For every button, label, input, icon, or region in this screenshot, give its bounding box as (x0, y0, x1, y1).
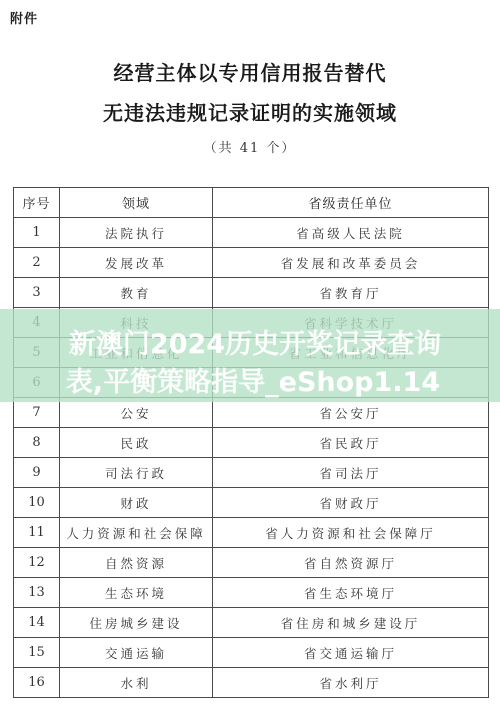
domain-table: 序号 领域 省级责任单位 1 法院执行 省高级人民法院 2 发展改革 省发展和改… (13, 187, 489, 698)
row-number: 12 (14, 548, 60, 578)
row-unit: 省交通运输厅 (213, 638, 489, 668)
row-number: 3 (14, 278, 60, 308)
overlay-headline-line-2: 表,平衡策略指导_eShop1.14 (3, 360, 500, 399)
row-unit: 省自然资源厅 (213, 548, 489, 578)
row-domain: 司法行政 (60, 458, 213, 488)
column-header-unit: 省级责任单位 (213, 188, 489, 218)
table-row: 7 公安 省公安厅 (14, 398, 489, 428)
row-number: 10 (14, 488, 60, 518)
attachment-label: 附件 (10, 8, 38, 27)
table-row: 14 住房城乡建设 省住房和城乡建设厅 (14, 608, 489, 638)
table-row: 2 发展改革 省发展和改革委员会 (14, 248, 489, 278)
table-header-row: 序号 领域 省级责任单位 (14, 188, 489, 218)
document-title-line-2: 无违法违规记录证明的实施领域 (0, 97, 500, 126)
table-row: 12 自然资源 省自然资源厅 (14, 548, 489, 578)
row-domain: 人力资源和社会保障 (60, 518, 213, 548)
row-number: 8 (14, 428, 60, 458)
row-unit: 省生态环境厅 (213, 578, 489, 608)
table-row: 16 水利 省水利厅 (14, 668, 489, 698)
row-domain: 自然资源 (60, 548, 213, 578)
row-number: 11 (14, 518, 60, 548)
row-number: 2 (14, 248, 60, 278)
row-number: 9 (14, 458, 60, 488)
row-unit: 省财政厅 (213, 488, 489, 518)
row-domain: 住房城乡建设 (60, 608, 213, 638)
row-domain: 水利 (60, 668, 213, 698)
row-domain: 公安 (60, 398, 213, 428)
table-row: 11 人力资源和社会保障 省人力资源和社会保障厅 (14, 518, 489, 548)
row-unit: 省教育厅 (213, 278, 489, 308)
row-number: 7 (14, 398, 60, 428)
row-number: 1 (14, 218, 60, 248)
row-unit: 省人力资源和社会保障厅 (213, 518, 489, 548)
row-domain: 生态环境 (60, 578, 213, 608)
row-domain: 财政 (60, 488, 213, 518)
row-unit: 省司法厅 (213, 458, 489, 488)
row-domain: 民政 (60, 428, 213, 458)
document-title-line-1: 经营主体以专用信用报告替代 (0, 57, 500, 86)
table-row: 3 教育 省教育厅 (14, 278, 489, 308)
row-number: 16 (14, 668, 60, 698)
column-header-domain: 领域 (60, 188, 213, 218)
row-unit: 省住房和城乡建设厅 (213, 608, 489, 638)
document-subtitle-count: （共 41 个） (0, 137, 500, 156)
table-row: 13 生态环境 省生态环境厅 (14, 578, 489, 608)
row-unit: 省民政厅 (213, 428, 489, 458)
table-row: 9 司法行政 省司法厅 (14, 458, 489, 488)
row-number: 15 (14, 638, 60, 668)
row-unit: 省高级人民法院 (213, 218, 489, 248)
row-number: 14 (14, 608, 60, 638)
table-row: 1 法院执行 省高级人民法院 (14, 218, 489, 248)
row-unit: 省发展和改革委员会 (213, 248, 489, 278)
column-header-number: 序号 (14, 188, 60, 218)
row-domain: 法院执行 (60, 218, 213, 248)
row-number: 13 (14, 578, 60, 608)
row-unit: 省公安厅 (213, 398, 489, 428)
row-domain: 教育 (60, 278, 213, 308)
row-domain: 交通运输 (60, 638, 213, 668)
row-unit: 省水利厅 (213, 668, 489, 698)
table-row: 8 民政 省民政厅 (14, 428, 489, 458)
table-row: 10 财政 省财政厅 (14, 488, 489, 518)
overlay-headline-line-1: 新澳门2024历史开奖记录查询 (5, 322, 500, 361)
row-domain: 发展改革 (60, 248, 213, 278)
table-row: 15 交通运输 省交通运输厅 (14, 638, 489, 668)
